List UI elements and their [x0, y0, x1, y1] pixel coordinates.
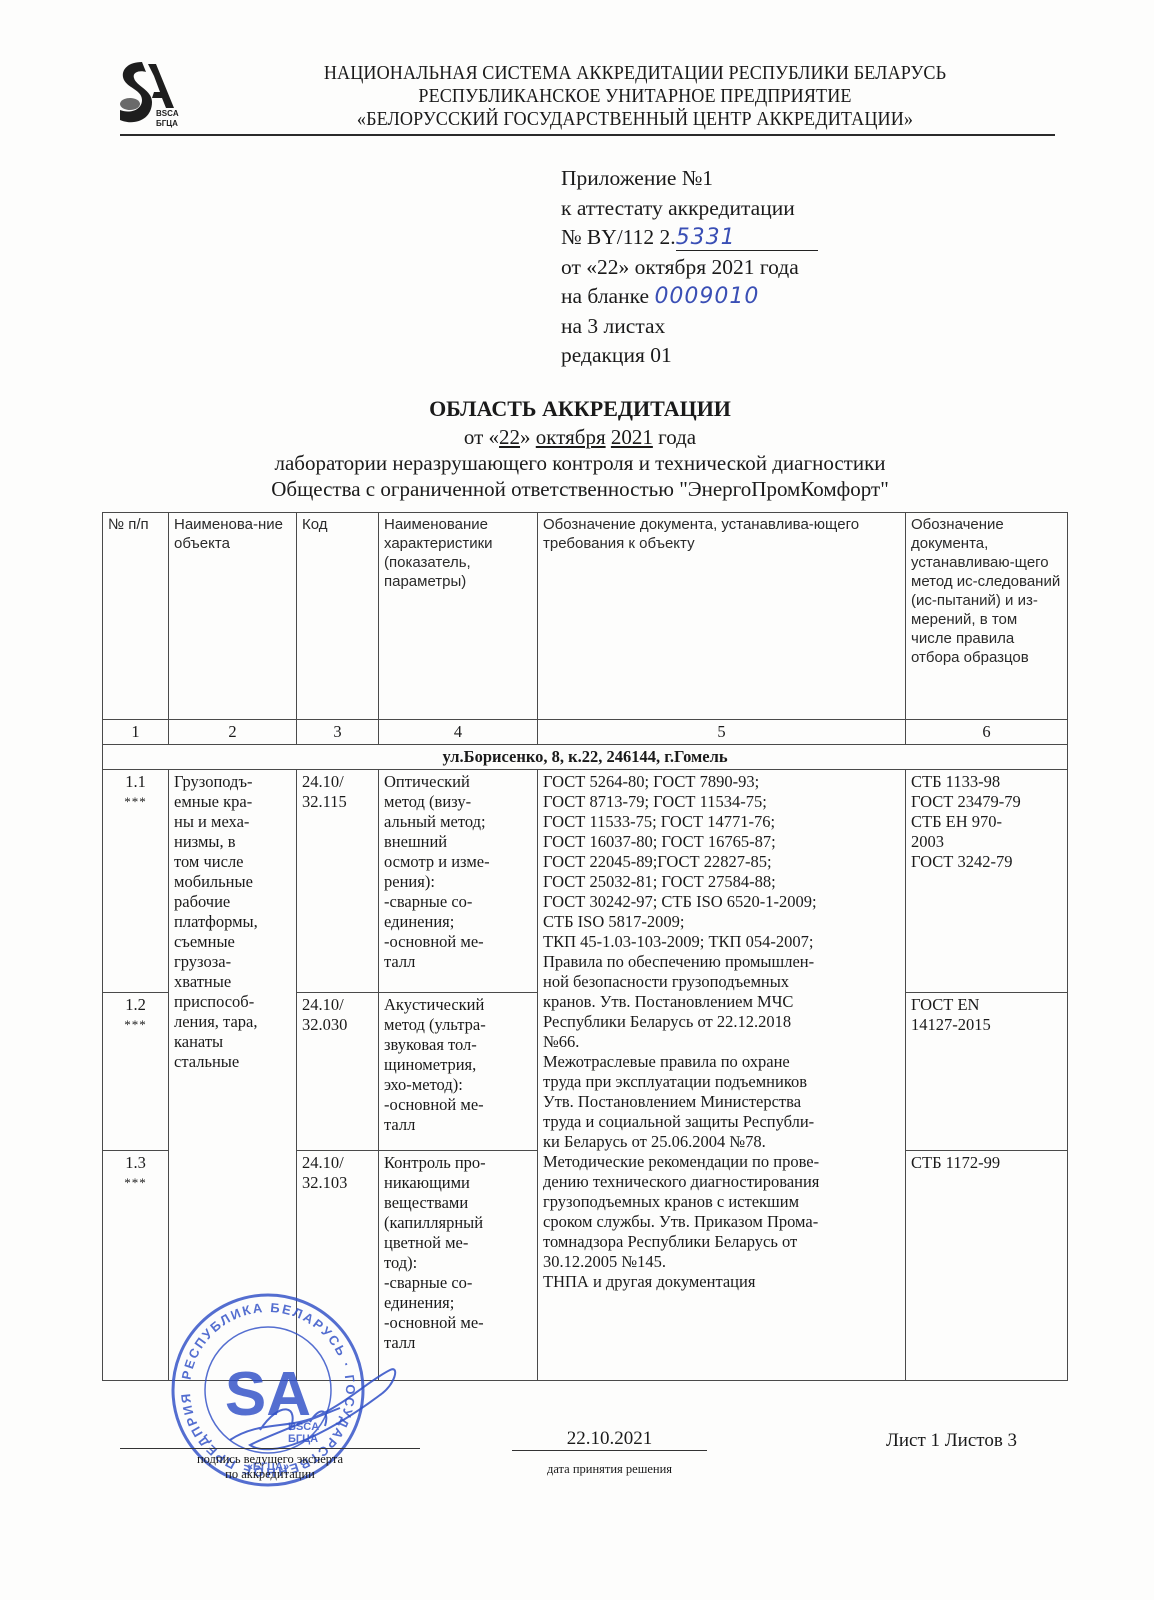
laboratory-name: лаборатории неразрушающего контроля и те…	[150, 450, 1010, 476]
title-date: от «22» октября 2021 года	[150, 424, 1010, 450]
organization-header: НАЦИОНАЛЬНАЯ СИСТЕМА АККРЕДИТАЦИИ РЕСПУБ…	[226, 62, 1044, 131]
appendix-certificate-label: к аттестату аккредитации	[561, 194, 818, 224]
appendix-title: Приложение №1	[561, 164, 818, 194]
decision-date-line	[512, 1450, 707, 1451]
signature-caption: подпись ведущего эксперта по аккредитаци…	[150, 1452, 390, 1482]
header-characteristic: Наименование характеристики (показатель,…	[379, 513, 538, 720]
header-number: № п/п	[103, 513, 169, 720]
header-line-3: «БЕЛОРУССКИЙ ГОСУДАРСТВЕННЫЙ ЦЕНТР АККРЕ…	[226, 108, 1044, 131]
laboratory-address: ул.Борисенко, 8, к.22, 246144, г.Гомель	[103, 745, 1068, 770]
header-line-2: РЕСПУБЛИКАНСКОЕ УНИТАРНОЕ ПРЕДПРИЯТИЕ	[226, 85, 1044, 108]
appendix-block: Приложение №1 к аттестату аккредитации №…	[561, 164, 818, 371]
document-title-block: ОБЛАСТЬ АККРЕДИТАЦИИ от «22» октября 202…	[150, 394, 1010, 502]
blank-number: на бланке 0009010	[561, 282, 818, 312]
requirements-documents: ГОСТ 5264-80; ГОСТ 7890-93; ГОСТ 8713-79…	[538, 770, 906, 1381]
method-documents: ГОСТ EN 14127-2015	[906, 993, 1068, 1151]
header-divider	[120, 134, 1055, 136]
revision: редакция 01	[561, 341, 818, 371]
method-documents: СТБ 1172-99	[906, 1151, 1068, 1381]
table-row: 1.1*** Грузоподъ- емные кра- ны и меха- …	[103, 770, 1068, 993]
signature-line	[120, 1448, 420, 1449]
method-documents: СТБ 1133-98 ГОСТ 23479-79 СТБ ЕН 970- 20…	[906, 770, 1068, 993]
row-number: 1.2***	[103, 993, 169, 1151]
characteristic: Оптический метод (визу- альный метод; вн…	[379, 770, 538, 993]
header-requirements-docs: Обозначение документа, устанавлива-ющего…	[538, 513, 906, 720]
header-code: Код	[297, 513, 379, 720]
appendix-date: от «22» октября 2021 года	[561, 253, 818, 283]
address-row: ул.Борисенко, 8, к.22, 246144, г.Гомель	[103, 745, 1068, 770]
sheet-info: Лист 1 Листов 3	[886, 1430, 1017, 1452]
handwritten-blank-number: 0009010	[654, 284, 759, 309]
company-name: Общества с ограниченной ответственностью…	[150, 476, 1010, 502]
signature-icon	[220, 1360, 440, 1460]
header-object-name: Наименова-ние объекта	[169, 513, 297, 720]
document-title: ОБЛАСТЬ АККРЕДИТАЦИИ	[150, 394, 1010, 424]
table-header-row: № п/п Наименова-ние объекта Код Наименов…	[103, 513, 1068, 720]
characteristic: Акустический метод (ультра- звуковая тол…	[379, 993, 538, 1151]
decision-date: 22.10.2021	[512, 1428, 707, 1450]
bsca-logo-icon: BSCA БГЦА	[112, 58, 180, 130]
header-line-1: НАЦИОНАЛЬНАЯ СИСТЕМА АККРЕДИТАЦИИ РЕСПУБ…	[226, 62, 1044, 85]
code: 24.10/ 32.030	[297, 993, 379, 1151]
certificate-number: № BY/112 2.5331	[561, 223, 818, 253]
characteristic: Контроль про- никающими веществами (капи…	[379, 1151, 538, 1381]
object-name: Грузоподъ- емные кра- ны и меха- низмы, …	[169, 770, 297, 1381]
accreditation-scope-table: № п/п Наименова-ние объекта Код Наименов…	[102, 512, 1068, 1381]
code: 24.10/ 32.115	[297, 770, 379, 993]
handwritten-certificate-number: 5331	[676, 225, 736, 250]
svg-text:BSCA: BSCA	[156, 109, 179, 118]
decision-date-caption: дата принятия решения	[512, 1462, 707, 1477]
sheet-count: на 3 листах	[561, 312, 818, 342]
header-method-docs: Обозначение документа, устанавливаю-щего…	[906, 513, 1068, 720]
row-number: 1.3***	[103, 1151, 169, 1381]
svg-text:БГЦА: БГЦА	[156, 119, 178, 128]
row-number: 1.1***	[103, 770, 169, 993]
column-number-row: 1 2 3 4 5 6	[103, 720, 1068, 745]
